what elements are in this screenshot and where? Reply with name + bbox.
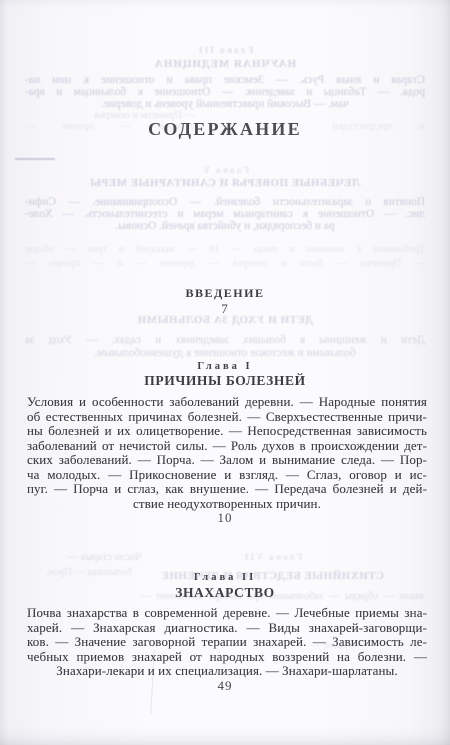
toc-chapter1-page-number: 10 [0, 510, 450, 526]
toc-summary-line: чебных приемов знахарей от народных возз… [27, 650, 427, 665]
bleedthrough-fragment: Требования к лечению и пища — 10 — знаха… [25, 244, 425, 255]
bleedthrough-fragment: — Даже — [310, 640, 425, 651]
bleedthrough-chapter-label: Глава V [0, 166, 450, 176]
toc-chapter1-label: Глава I [0, 361, 450, 372]
bleedthrough-paragraph: Дети и женщины в больших заведениях и са… [25, 334, 425, 360]
toc-summary-line: ны болезней и их олицетворение. — Непоср… [27, 424, 427, 439]
bleedthrough-line: лис. — Отношение к санитарным мерам и ст… [25, 208, 425, 220]
bleedthrough-line: больными и жестокое отношение к душевноб… [25, 347, 425, 360]
toc-summary-line: ча молодых. — Прикосновение и взгляд. — … [27, 468, 427, 483]
toc-summary-line: харей. — Знахарская диагностика. — Виды … [27, 621, 427, 636]
bleedthrough-heading: НАУЧНАЯ МЕДИЦИНА [0, 58, 450, 70]
toc-chapter2-title: ЗНАХАРСТВО [0, 585, 450, 601]
bleedthrough-line: рода. — Таблицы и заведения. — Отношение… [25, 86, 425, 98]
bleedthrough-line: Понятия о заразительности болезней. — Ос… [25, 196, 425, 208]
toc-summary-line: об естественных причинах болезней. — Све… [27, 410, 427, 425]
bleedthrough-heading: ЛЕЧЕБНЫЕ ПОВЕРЬЯ И САНИТАРНЫЕ МЕРЫ [0, 177, 450, 189]
toc-introduction-heading: ВВЕДЕНИЕ [0, 286, 450, 301]
page-title: СОДЕРЖАНИЕ [0, 119, 450, 140]
bleedthrough-line: чам. — Высокий нравственный уровень и до… [25, 98, 425, 110]
toc-summary-line: пуг. — Порча и сглаз, как внушение. — Пе… [27, 482, 427, 497]
toc-chapter1-title: ПРИЧИНЫ БОЛЕЗНЕЙ [0, 373, 450, 389]
toc-introduction-page-number: 7 [0, 301, 450, 317]
toc-chapter2-page-number: 49 [0, 678, 450, 694]
toc-summary-line: ских заболеваний. — Порча. — Залом и вын… [27, 453, 427, 468]
bleedthrough-line: Дети и женщины в больших заведениях и са… [25, 334, 425, 347]
toc-summary-line: Знахари-лекари и их специализация. — Зна… [27, 664, 427, 679]
toc-summary-line: Почва знахарства в современной деревне. … [27, 606, 427, 621]
toc-summary-line: заболеваний от нечистой силы. — Роль дух… [27, 439, 427, 454]
bleedthrough-line: Старая и юная Русь. — Земские права и от… [25, 74, 425, 86]
bleedthrough-paragraph: Старая и юная Русь. — Земские права и от… [25, 74, 425, 111]
bleedthrough-chapter-label: Глава III [0, 46, 450, 56]
bleedthrough-fragment: — Приметы — были и поверья — деревни — и… [25, 258, 425, 269]
scanned-book-page: Глава III НАУЧНАЯ МЕДИЦИНА Старая и юная… [0, 0, 450, 745]
bleedthrough-paragraph: Понятия о заразительности болезней. — Ос… [25, 196, 425, 233]
toc-chapter1-summary: Условия и особенности заболеваний деревн… [27, 395, 427, 511]
toc-summary-line: Условия и особенности заболеваний деревн… [27, 395, 427, 410]
toc-summary-line: ствие неодухотворенных причин. [27, 497, 427, 512]
toc-chapter2-label: Глава II [0, 572, 450, 583]
bleedthrough-mark [15, 158, 55, 160]
bleedthrough-line: ра и беспорядки, и убийства врачей. Осно… [25, 220, 425, 232]
bleedthrough-chapter-label: Глава VII [120, 553, 425, 563]
